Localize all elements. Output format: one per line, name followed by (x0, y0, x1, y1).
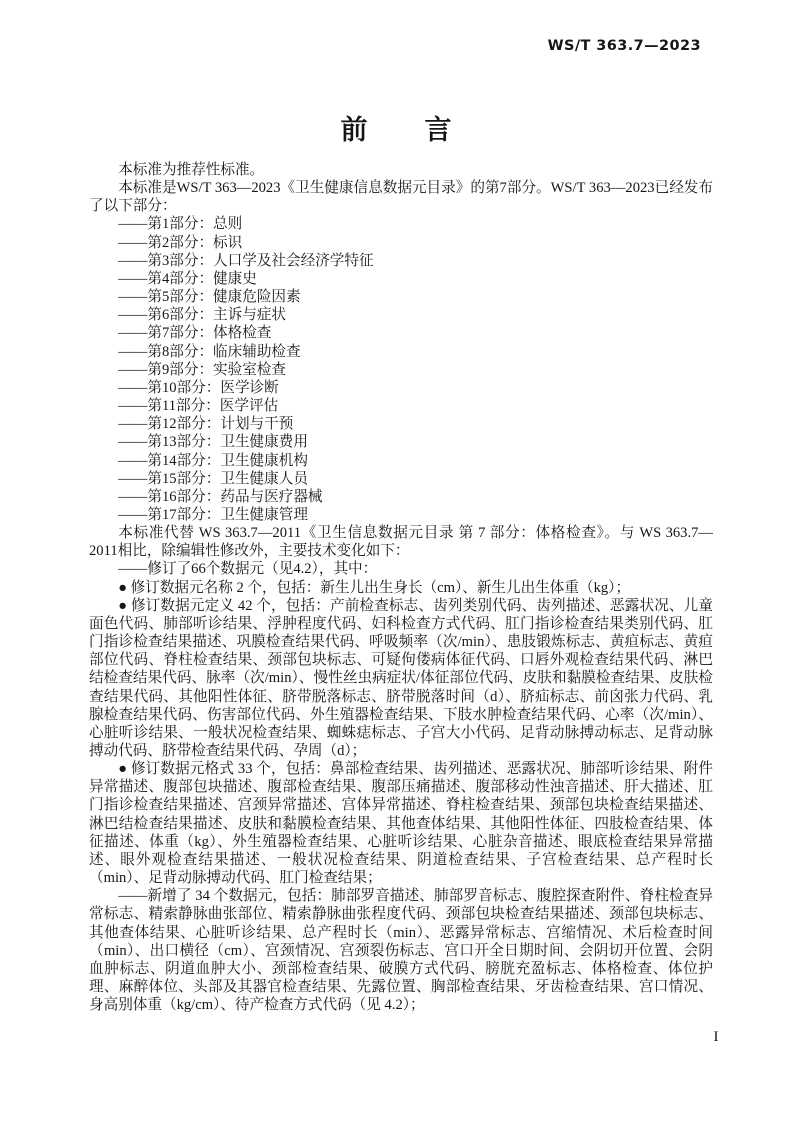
part-list-item: ——第17部分：卫生健康管理 (89, 506, 713, 524)
paragraph: ● 修订数据元定义 42 个，包括：产前检查标志、齿列类别代码、齿列描述、恶露状… (89, 597, 713, 760)
part-list-item: ——第13部分：卫生健康费用 (89, 433, 713, 451)
paragraph: 本标准为推荐性标准。 (89, 161, 713, 179)
part-list-item: ——第8部分：临床辅助检查 (89, 343, 713, 361)
document-page: WS/T 363.7—2023 前 言 本标准为推荐性标准。本标准是WS/T 3… (0, 0, 793, 1122)
part-list-item: ——第4部分：健康史 (89, 270, 713, 288)
paragraph: ● 修订数据元格式 33 个，包括：鼻部检查结果、齿列描述、恶露状况、肺部听诊结… (89, 760, 713, 887)
paragraph: ——修订了66个数据元（见4.2），其中： (89, 560, 713, 578)
part-list-item: ——第11部分：医学评估 (89, 397, 713, 415)
document-body: 本标准为推荐性标准。本标准是WS/T 363—2023《卫生健康信息数据元目录》… (89, 161, 713, 1014)
part-list-item: ——第7部分：体格检查 (89, 324, 713, 342)
paragraph: ● 修订数据元名称 2 个，包括：新生儿出生身长（cm）、新生儿出生体重（kg）… (89, 579, 713, 597)
part-list-item: ——第12部分：计划与干预 (89, 415, 713, 433)
paragraph: ——新增了 34 个数据元，包括：肺部罗音描述、肺部罗音标志、腹腔探查附件、脊柱… (89, 887, 713, 1014)
part-list-item: ——第5部分：健康危险因素 (89, 288, 713, 306)
part-list-item: ——第16部分：药品与医疗器械 (89, 488, 713, 506)
paragraph: 本标准代替 WS 363.7—2011《卫生信息数据元目录 第 7 部分：体格检… (89, 524, 713, 560)
paragraph: 本标准是WS/T 363—2023《卫生健康信息数据元目录》的第7部分。WS/T… (89, 179, 713, 215)
page-title: 前 言 (0, 108, 793, 147)
part-list-item: ——第9部分：实验室检查 (89, 361, 713, 379)
part-list-item: ——第15部分：卫生健康人员 (89, 470, 713, 488)
part-list-item: ——第3部分：人口学及社会经济学特征 (89, 252, 713, 270)
part-list-item: ——第2部分：标识 (89, 234, 713, 252)
part-list-item: ——第10部分：医学诊断 (89, 379, 713, 397)
standard-number: WS/T 363.7—2023 (548, 38, 701, 54)
part-list-item: ——第14部分：卫生健康机构 (89, 452, 713, 470)
part-list-item: ——第6部分：主诉与症状 (89, 306, 713, 324)
part-list-item: ——第1部分：总则 (89, 215, 713, 233)
page-number: I (706, 1029, 726, 1046)
